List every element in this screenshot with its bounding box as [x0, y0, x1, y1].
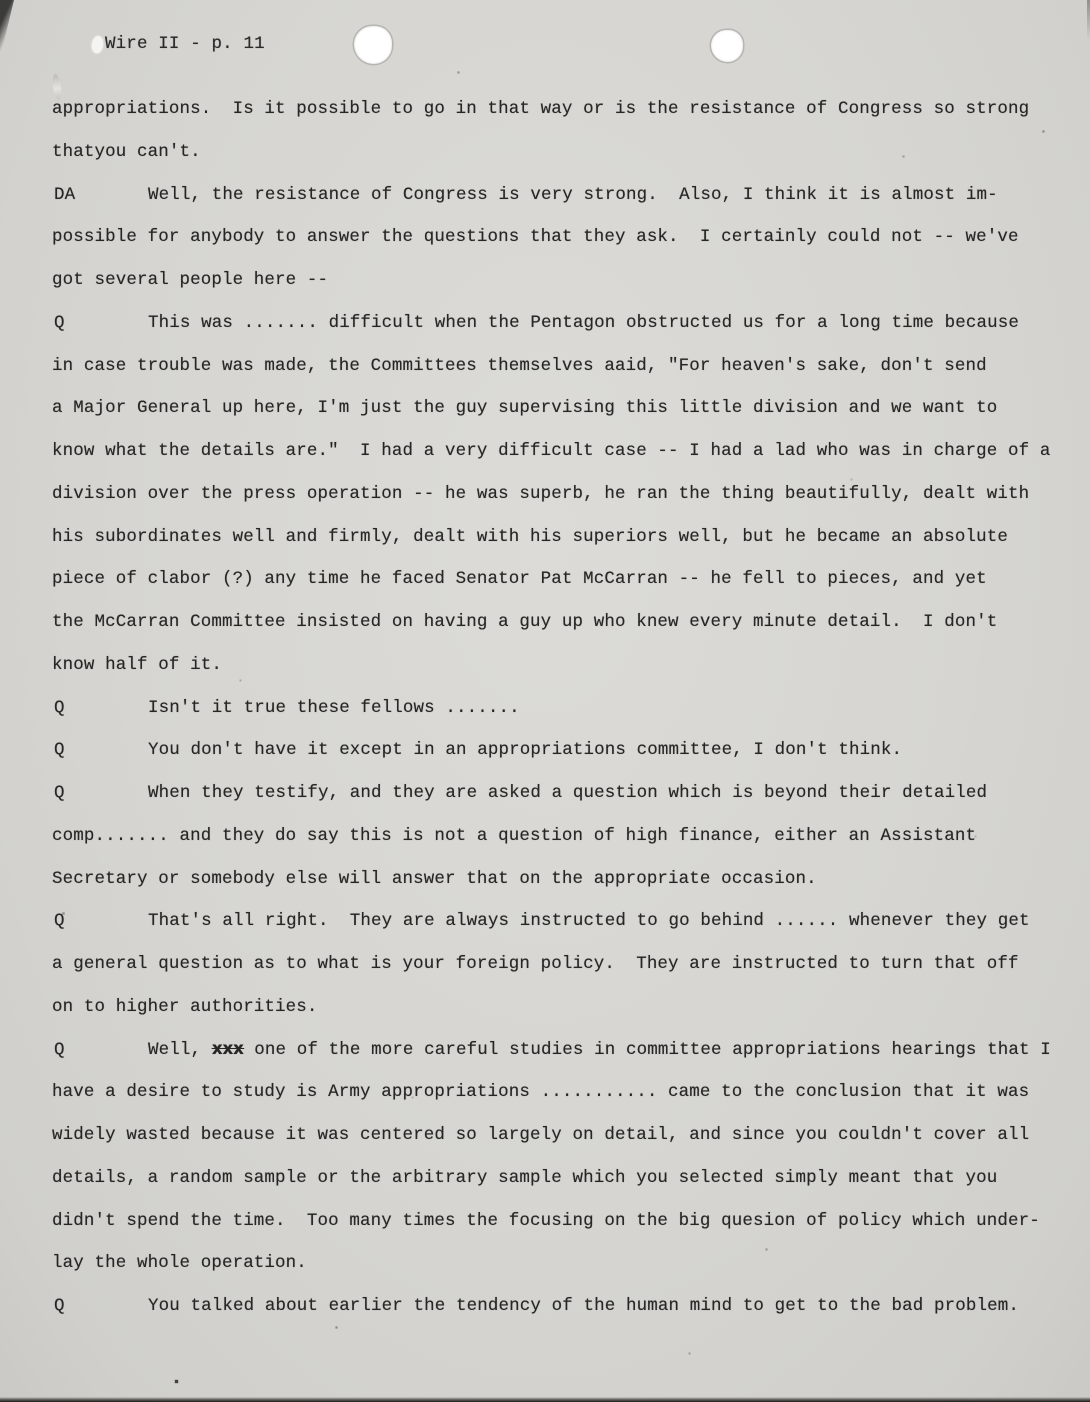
line-text: details, a random sample or the arbitrar… — [52, 1165, 997, 1191]
speaker-label: Q — [54, 908, 65, 934]
line-text: in case trouble was made, the Committees… — [52, 353, 987, 379]
speaker-label: Q — [54, 695, 65, 721]
speaker-label: Q — [54, 780, 65, 806]
document-page: Wire II - p. 11 appropriations. Is it po… — [0, 0, 1090, 1402]
line-text: piece of clabor (?) any time he faced Se… — [52, 566, 987, 592]
whiteout-blemish — [90, 35, 104, 54]
line-text: When they testify, and they are asked a … — [148, 780, 987, 806]
line-text: That's all right. They are always instru… — [148, 908, 1030, 934]
line-text: thatyou can't. — [52, 139, 201, 165]
line-text: his subordinates well and firmly, dealt … — [52, 524, 1008, 550]
line-text: got several people here -- — [52, 267, 328, 293]
line-text: know half of it. — [52, 652, 222, 678]
line-text: Secretary or somebody else will answer t… — [52, 866, 817, 892]
line-text: You talked about earlier the tendency of… — [148, 1293, 1019, 1319]
line-text: didn't spend the time. Too many times th… — [52, 1208, 1040, 1234]
line-text: a Major General up here, I'm just the gu… — [52, 395, 997, 421]
speaker-label: Q — [54, 310, 65, 336]
scan-corner-shadow — [0, 0, 14, 58]
speaker-label: Q — [54, 737, 65, 763]
speaker-label: Q — [54, 1293, 65, 1319]
line-text: This was ....... difficult when the Pent… — [148, 310, 1019, 336]
line-text: widely wasted because it was centered so… — [52, 1122, 1029, 1148]
line-text: division over the press operation -- he … — [52, 481, 1029, 507]
punch-hole — [711, 30, 743, 62]
line-text: lay the whole operation. — [52, 1250, 307, 1276]
line-text: comp....... and they do say this is not … — [52, 823, 976, 849]
line-text: Isn't it true these fellows ....... — [148, 695, 520, 721]
struck-out-text: xxx — [212, 1040, 244, 1060]
line-text: have a desire to study is Army appropria… — [52, 1079, 1029, 1105]
line-text: Well, the resistance of Congress is very… — [148, 182, 998, 208]
line-text: a general question as to what is your fo… — [52, 951, 1019, 977]
punch-hole — [354, 26, 392, 64]
line-text: know what the details are." I had a very… — [52, 438, 1050, 464]
line-text: appropriations. Is it possible to go in … — [52, 96, 1029, 122]
paper-speckles — [0, 0, 1, 1]
line-text: the McCarran Committee insisted on havin… — [52, 609, 997, 635]
speaker-label: DA — [54, 182, 75, 208]
line-text: Well, xxx one of the more careful studie… — [148, 1037, 1051, 1063]
transcript: appropriations. Is it possible to go in … — [52, 96, 1070, 1402]
line-text: You don't have it except in an appropria… — [148, 737, 902, 763]
line-text: possible for anybody to answer the quest… — [52, 224, 1019, 250]
line-text: on to higher authorities. — [52, 994, 318, 1020]
page-header: Wire II - p. 11 — [105, 34, 265, 54]
speaker-label: Q — [54, 1037, 65, 1063]
